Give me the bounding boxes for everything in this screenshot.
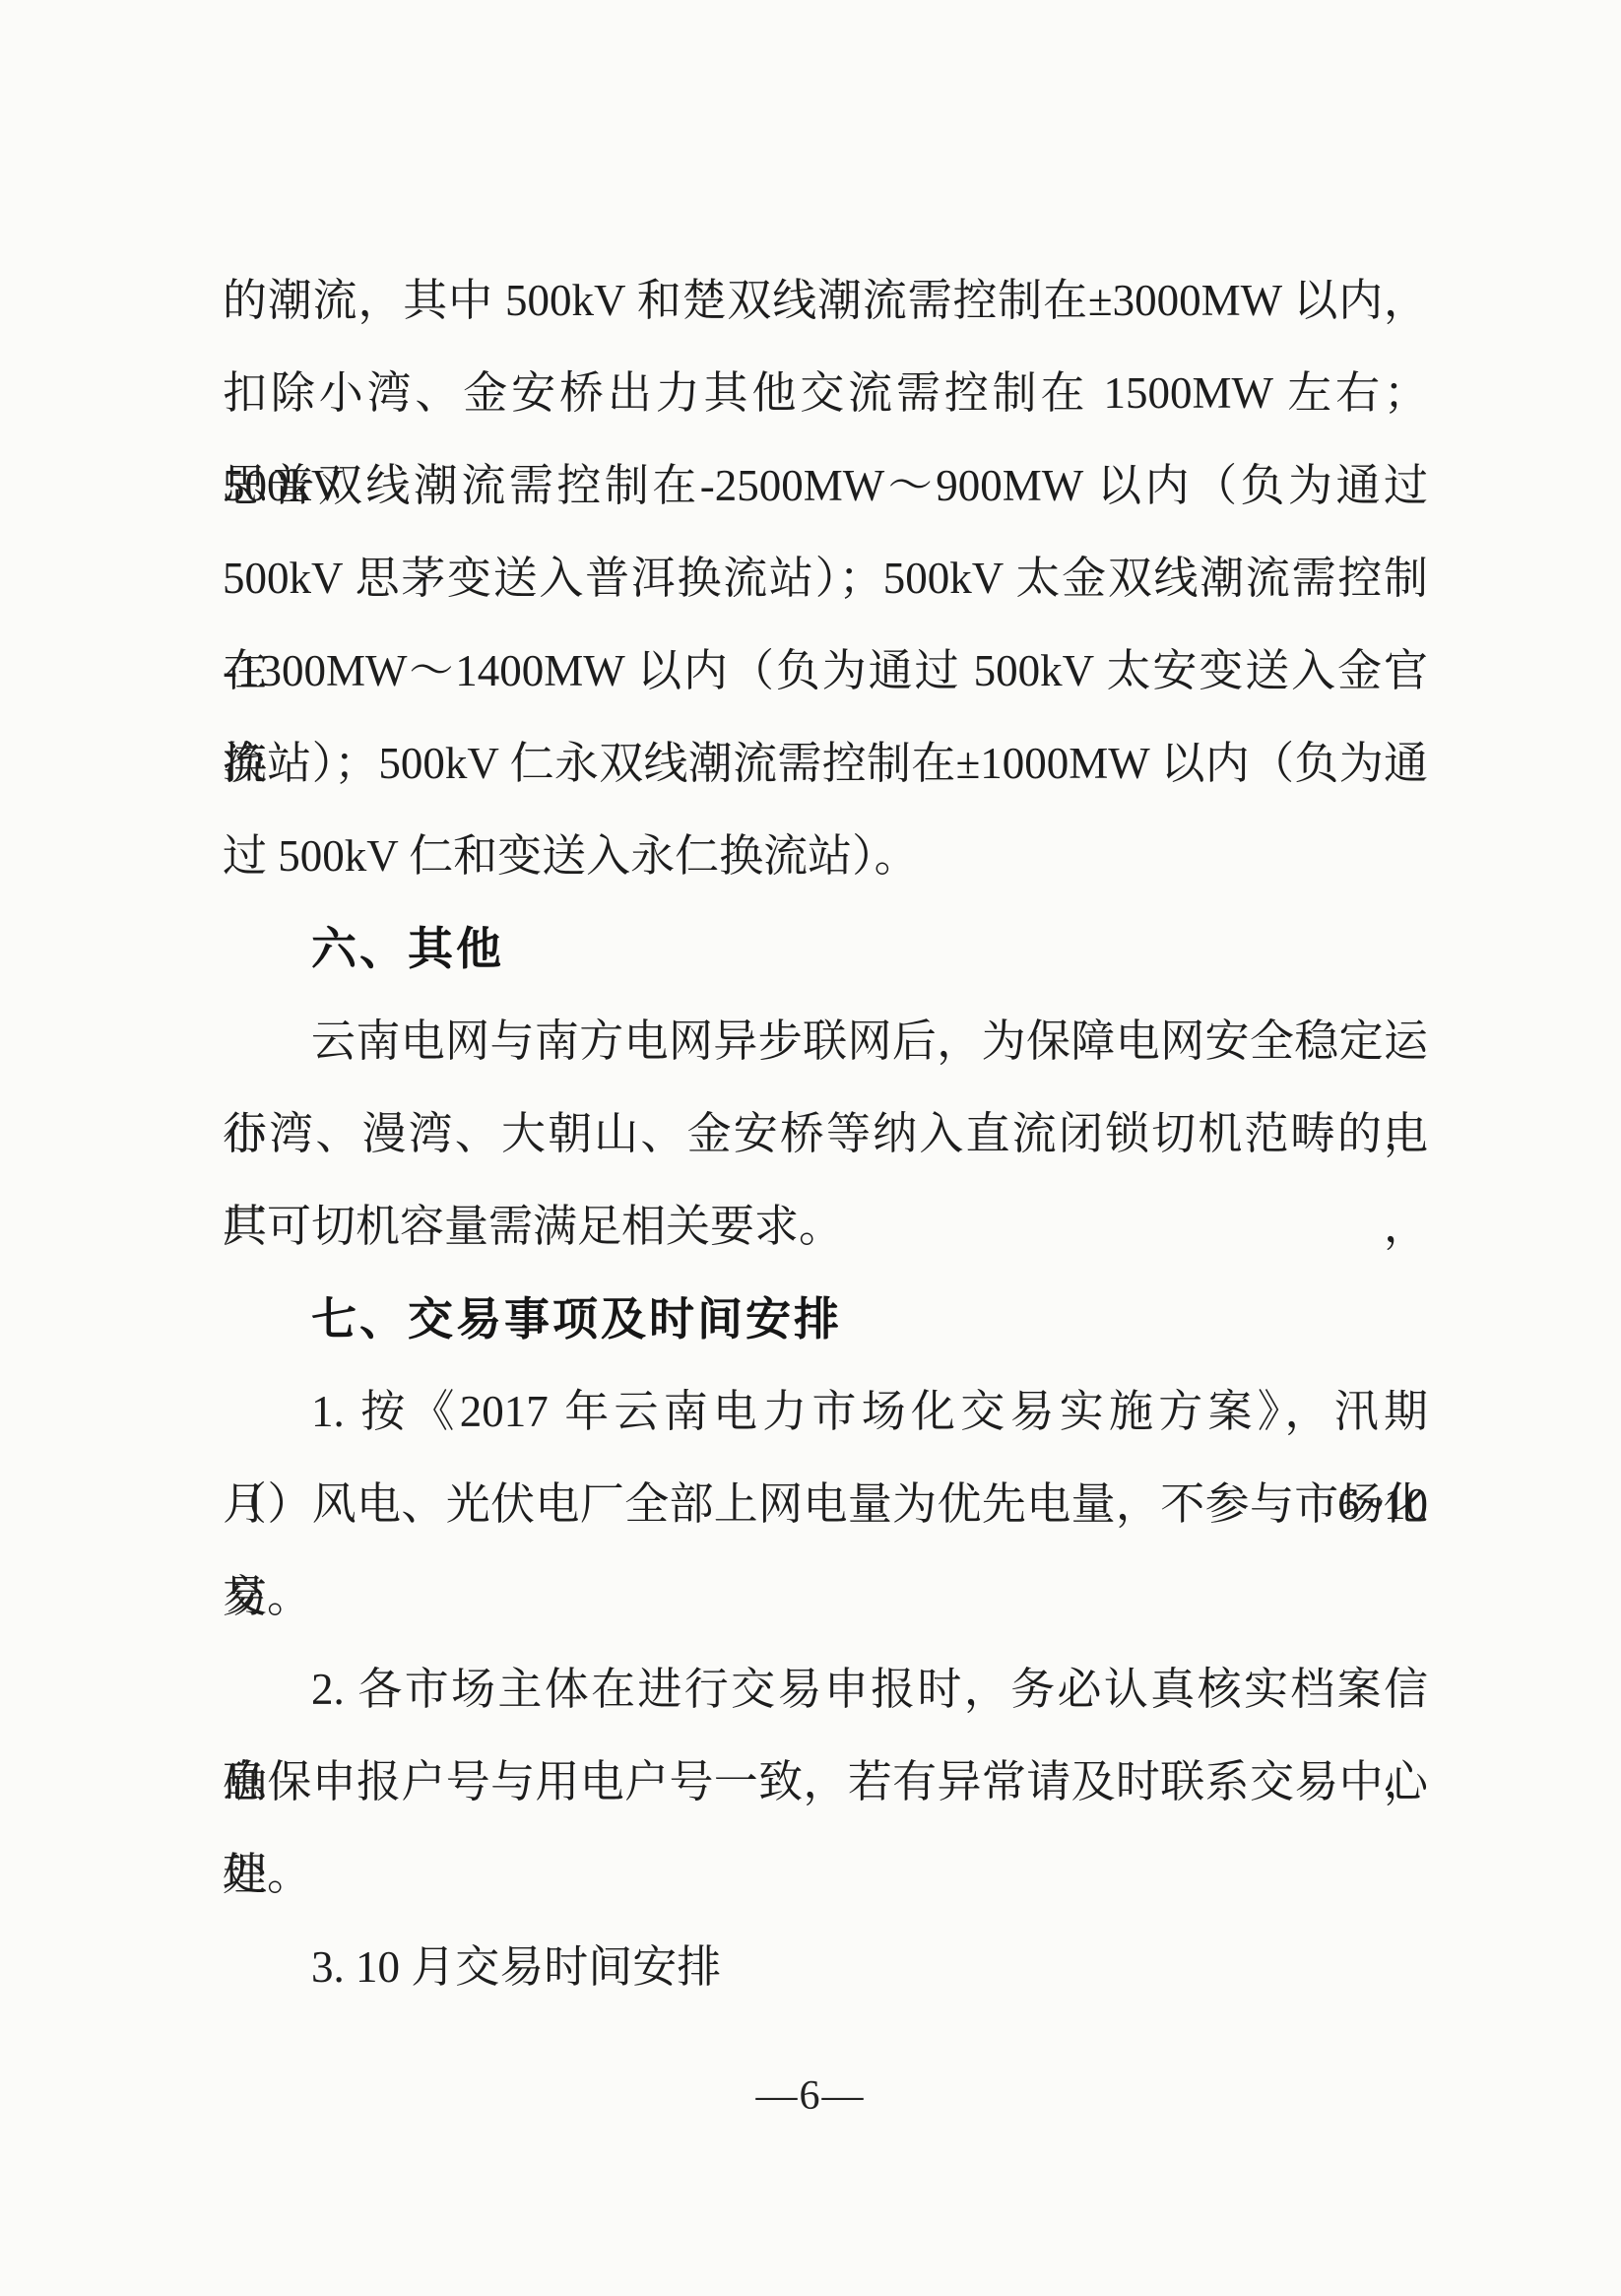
document-body: 的潮流，其中 500kV 和楚双线潮流需控制在±3000MW 以内， 扣除小湾、… <box>223 254 1428 2013</box>
text-line: 思普双线潮流需控制在-2500MW～900MW 以内（负为通过 <box>223 439 1428 532</box>
text-line: 500kV 思茅变送入普洱换流站）；500kV 太金双线潮流需控制在 <box>223 532 1428 624</box>
text-line: 小湾、漫湾、大朝山、金安桥等纳入直流闭锁切机范畴的电厂， <box>223 1087 1428 1180</box>
text-line: 易。 <box>223 1550 1428 1643</box>
text-line: 3. 10 月交易时间安排 <box>223 1921 1428 2013</box>
text-line: 的潮流，其中 500kV 和楚双线潮流需控制在±3000MW 以内， <box>223 254 1428 347</box>
text-line: -1300MW～1400MW 以内（负为通过 500kV 太安变送入金官换 <box>223 624 1428 717</box>
text-line: 2. 各市场主体在进行交易申报时，务必认真核实档案信息， <box>223 1643 1428 1736</box>
text-line: 理。 <box>223 1828 1428 1921</box>
text-line: 云南电网与南方电网异步联网后，为保障电网安全稳定运行， <box>223 995 1428 1087</box>
document-page: 的潮流，其中 500kV 和楚双线潮流需控制在±3000MW 以内， 扣除小湾、… <box>0 0 1621 2296</box>
text-line: 扣除小湾、金安桥出力其他交流需控制在 1500MW 左右；500kV <box>223 347 1428 439</box>
text-line: 确保申报户号与用电户号一致，若有异常请及时联系交易中心处 <box>223 1736 1428 1828</box>
section-heading-trading-schedule: 七、交易事项及时间安排 <box>223 1273 1428 1365</box>
text-line: 过 500kV 仁和变送入永仁换流站）。 <box>223 810 1428 902</box>
text-line: 月）风电、光伏电厂全部上网电量为优先电量，不参与市场化交 <box>223 1458 1428 1550</box>
text-line: 流站）；500kV 仁永双线潮流需控制在±1000MW 以内（负为通 <box>223 717 1428 810</box>
page-number: —6— <box>0 2065 1621 2128</box>
section-heading-other: 六、其他 <box>223 902 1428 995</box>
text-line: 1. 按《2017 年云南电力市场化交易实施方案》，汛期（6~10 <box>223 1365 1428 1458</box>
